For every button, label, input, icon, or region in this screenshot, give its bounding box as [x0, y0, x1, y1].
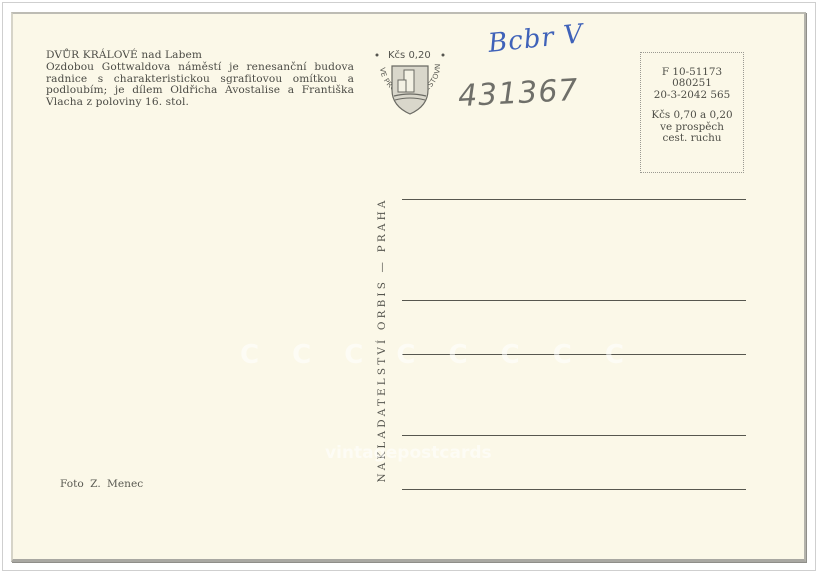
address-line [402, 435, 746, 436]
caption-body: Ozdobou Gottwaldova náměstí je renesančn… [46, 62, 354, 109]
postcard-caption: DVŮR KRÁLOVÉ nad Labem Ozdobou Gottwaldo… [46, 50, 354, 109]
castle-emblem-icon: VE PROSPĚCH CESTOVNÍHO RUCHU [372, 50, 448, 126]
address-line [402, 489, 746, 490]
printed-stamp: Kčs 0,20 VE PROSPĚCH CESTOVNÍHO RUCHU [372, 50, 448, 126]
watermark-line-1: C C C C C C C C [240, 340, 636, 370]
handwritten-number-pencil: 431367 [457, 73, 579, 114]
stamp-box-price: cest. ruchu [641, 133, 743, 144]
address-line [402, 199, 746, 200]
stamp-box-line: 20-3-2042 565 [641, 90, 743, 101]
watermark-line-2: vintagepostcards [325, 443, 492, 463]
stamp-box-price: Kčs 0,70 a 0,20 [641, 110, 743, 121]
stamp-box: F 10-51173 080251 20-3-2042 565 Kčs 0,70… [640, 52, 744, 173]
address-line [402, 300, 746, 301]
photo-credit: Foto Z. Menec [60, 478, 143, 490]
